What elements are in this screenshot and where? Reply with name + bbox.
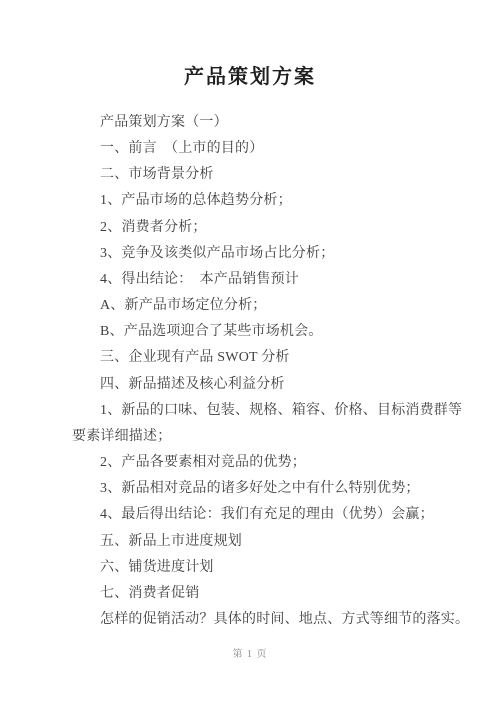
page-number: 第 1 页: [0, 645, 500, 660]
document-line: 2、产品各要素相对竞品的优势；: [72, 450, 450, 476]
document-title: 产品策划方案: [0, 0, 500, 90]
document-body: 产品策划方案（一）一、前言 （上市的目的）二、市场背景分析1、产品市场的总体趋势…: [72, 110, 450, 633]
document-line: 要素详细描述；: [72, 424, 450, 450]
document-line: 二、市场背景分析: [72, 162, 450, 188]
document-line: 4、最后得出结论：我们有充足的理由（优势）会赢；: [72, 502, 450, 528]
document-line: 五、新品上市进度规划: [72, 529, 450, 555]
document-line: 四、新品描述及核心利益分析: [72, 372, 450, 398]
document-line: 怎样的促销活动？具体的时间、地点、方式等细节的落实。: [72, 607, 450, 633]
document-line: 产品策划方案（一）: [72, 110, 450, 136]
document-page: 产品策划方案 产品策划方案（一）一、前言 （上市的目的）二、市场背景分析1、产品…: [0, 0, 500, 708]
document-line: 七、消费者促销: [72, 581, 450, 607]
document-line: A、新产品市场定位分析；: [72, 293, 450, 319]
document-line: 3、竞争及该类似产品市场占比分析；: [72, 241, 450, 267]
document-line: 3、新品相对竞品的诸多好处之中有什么特别优势；: [72, 476, 450, 502]
document-line: 三、企业现有产品 SWOT 分析: [72, 345, 450, 371]
document-line: 一、前言 （上市的目的）: [72, 136, 450, 162]
document-line: 六、铺货进度计划: [72, 555, 450, 581]
document-line: 1、产品市场的总体趋势分析；: [72, 188, 450, 214]
document-line: B、产品选项迎合了某些市场机会。: [72, 319, 450, 345]
document-line: 2、消费者分析；: [72, 215, 450, 241]
document-line: 4、得出结论： 本产品销售预计: [72, 267, 450, 293]
document-line: 1、新品的口味、包装、规格、箱容、价格、目标消费群等: [72, 398, 450, 424]
